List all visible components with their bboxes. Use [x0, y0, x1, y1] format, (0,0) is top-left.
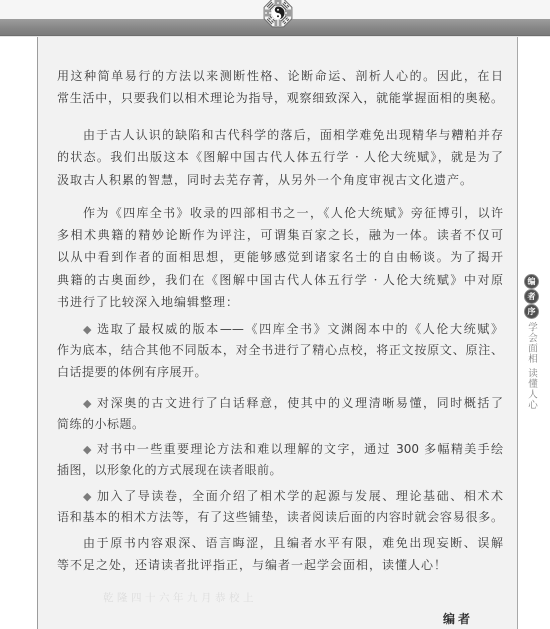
bleed-through-text: 乾隆四十六年九月恭校上 [103, 590, 257, 606]
paragraph-line: 的状态。我们出版这本《图解中国古代人体五行学 · 人伦大统赋》，就是为了 [57, 148, 503, 166]
bullet-item-line: ◆对书中一些重要理论方法和难以理解的文字，通过 300 多幅精美手绘 [83, 440, 503, 458]
paragraph-line: 用这种简单易行的方法以来测断性格、论断命运、剖析人心的。因此，在日 [57, 67, 503, 85]
side-tab-slogan: 学会面相 读懂人心 [525, 322, 538, 410]
bullet-text: 对深奥的古文进行了白话释意，使其中的义理清晰易懂，同时概括了 [97, 396, 503, 410]
diamond-bullet-icon: ◆ [83, 443, 93, 456]
bullet-text: 选取了最权威的版本——《四库全书》文渊阁本中的《人伦大统赋》 [97, 322, 503, 336]
side-tab-badge: 编 [525, 275, 538, 288]
diamond-bullet-icon: ◆ [83, 397, 93, 410]
bagua-taiji-icon [262, 0, 294, 29]
closing-line: 等不足之处，还请读者批评指正，与编者一起学会面相，读懂人心！ [57, 556, 517, 574]
bullet-item-line: 白话提要的体例有序展开。 [57, 363, 517, 381]
bullet-item-line: ◆加入了导读卷，全面介绍了相术学的起源与发展、理论基础、相术术 [83, 487, 503, 505]
paragraph-line: 作为《四库全书》收录的四部相书之一，《人伦大统赋》旁征博引，以许 [83, 204, 503, 222]
signature: 编者 [443, 610, 473, 628]
diamond-bullet-icon: ◆ [83, 490, 93, 503]
diamond-bullet-icon: ◆ [83, 323, 93, 336]
bullet-text: 对书中一些重要理论方法和难以理解的文字，通过 300 多幅精美手绘 [97, 442, 503, 456]
paragraph-line: 典籍的古奥面纱，我们在《图解中国古代人体五行学 · 人伦大统赋》中对原 [57, 271, 503, 289]
side-tab-badge: 者 [525, 290, 538, 303]
paragraph-line: 汲取古人积累的智慧，同时去芜存菁，从另外一个角度审视古文化遗产。 [57, 171, 517, 189]
bullet-item-line: 插图，以形象化的方式展现在读者眼前。 [57, 461, 517, 479]
paragraph-line: 常生活中，只要我们以相术理论为指导，观察细致深入，就能掌握面相的奥秘。 [57, 89, 503, 107]
side-tab-badge: 序 [525, 305, 538, 318]
bullet-item-line: 简练的小标题。 [57, 415, 517, 433]
paragraph-line: 以从中看到作者的面相思想，更能够感觉到诸家名士的自由畅谈。为了揭开 [57, 248, 503, 266]
bullet-item-line: 作为底本，结合其他不同版本，对全书进行了精心点校，将正文按原文、原注、 [57, 341, 503, 359]
paragraph-line: 书进行了比较深入地编辑整理： [57, 293, 517, 311]
bullet-item-line: 语和基本的相术方法等，有了这些铺垫，读者阅读后面的内容时就会容易很多。 [57, 508, 503, 526]
bullet-item-line: ◆对深奥的古文进行了白话释意，使其中的义理清晰易懂，同时概括了 [83, 394, 503, 412]
closing-line: 由于原书内容艰深、语言晦涩，且编者水平有限，难免出现妄断、误解 [83, 534, 503, 552]
bullet-item-line: ◆选取了最权威的版本——《四库全书》文渊阁本中的《人伦大统赋》 [83, 320, 503, 338]
paragraph-line: 多相术典籍的精妙论断作为评注，可谓集百家之长，融为一体。读者不仅可 [57, 226, 503, 244]
bullet-text: 加入了导读卷，全面介绍了相术学的起源与发展、理论基础、相术术 [97, 489, 503, 503]
paragraph-line: 由于古人认识的缺陷和古代科学的落后，面相学难免出现精华与糟粕并存 [83, 126, 503, 144]
